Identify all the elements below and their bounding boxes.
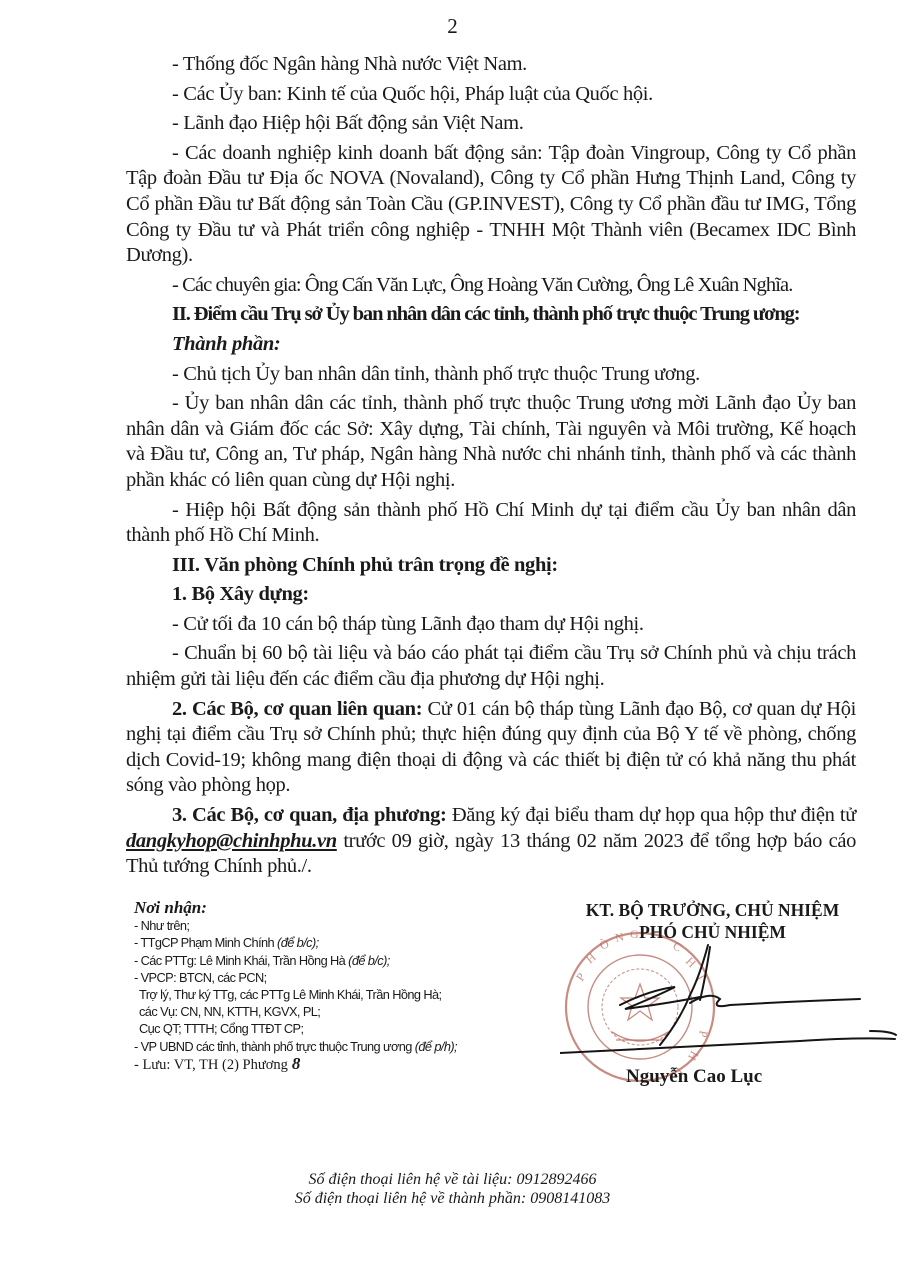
signature-block: KT. BỘ TRƯỞNG, CHỦ NHIỆM PHÓ CHỦ NHIỆM xyxy=(545,899,880,943)
recipient-text: - Các PTTg: Lê Minh Khái, Trần Hồng Hà xyxy=(134,953,348,968)
paragraph: 2. Các Bộ, cơ quan liên quan: Cử 01 cán … xyxy=(126,697,856,799)
recipient-note: (để p/h); xyxy=(415,1039,457,1054)
contact-info: Số điện thoại liên hệ về tài liệu: 09128… xyxy=(0,1170,905,1208)
signer-title-line1: KT. BỘ TRƯỞNG, CHỦ NHIỆM xyxy=(586,900,839,920)
paragraph: - Lãnh đạo Hiệp hội Bất động sản Việt Na… xyxy=(126,111,856,137)
recipient-note: (để b/c); xyxy=(348,953,390,968)
page-number: 2 xyxy=(0,14,905,39)
paragraph: - Các doanh nghiệp kinh doanh bất động s… xyxy=(126,141,856,269)
recipients-block: Nơi nhận: - Như trên; - TTgCP Phạm Minh … xyxy=(134,899,554,1074)
handwritten-initial: 8 xyxy=(292,1054,301,1073)
item-lead: 3. Các Bộ, cơ quan, địa phương: xyxy=(172,804,446,826)
section-heading-iii: III. Văn phòng Chính phủ trân trọng đề n… xyxy=(126,553,856,579)
paragraph: - Các chuyên gia: Ông Cấn Văn Lực, Ông H… xyxy=(126,273,856,299)
paragraph: 3. Các Bộ, cơ quan, địa phương: Đăng ký … xyxy=(126,803,856,880)
recipient-text: - Lưu: VT, TH (2) Phương xyxy=(134,1057,288,1073)
recipient-item: Cục QT; TTTH; Cổng TTĐT CP; xyxy=(134,1020,554,1037)
subheading-thanh-phan: Thành phần: xyxy=(126,332,856,358)
recipient-item: - Các PTTg: Lê Minh Khái, Trần Hồng Hà (… xyxy=(134,952,554,969)
recipient-item: - Lưu: VT, TH (2) Phương8 xyxy=(134,1055,554,1074)
paragraph: - Hiệp hội Bất động sản thành phố Hồ Chí… xyxy=(126,498,856,549)
subheading-bo-xay-dung: 1. Bộ Xây dựng: xyxy=(126,582,856,608)
recipient-note: (để b/c); xyxy=(277,935,319,950)
signer-title-line2: PHÓ CHỦ NHIỆM xyxy=(545,921,880,943)
contact-members-phone: Số điện thoại liên hệ về thành phần: 090… xyxy=(0,1189,905,1208)
paragraph: - Các Ủy ban: Kinh tế của Quốc hội, Pháp… xyxy=(126,82,856,108)
paragraph: - Chủ tịch Ủy ban nhân dân tỉnh, thành p… xyxy=(126,362,856,388)
recipient-item: các Vụ: CN, NN, KTTH, KGVX, PL; xyxy=(134,1003,554,1020)
recipients-title: Nơi nhận: xyxy=(134,899,554,916)
email-link[interactable]: dangkyhop@chinhphu.vn xyxy=(126,830,337,852)
recipient-text: - TTgCP Phạm Minh Chính xyxy=(134,935,277,950)
section-heading-ii: II. Điểm cầu Trụ sở Ủy ban nhân dân các … xyxy=(126,302,856,328)
signer-name: Nguyễn Cao Lục xyxy=(626,1066,762,1088)
item-lead: 2. Các Bộ, cơ quan liên quan: xyxy=(172,698,422,720)
recipient-item: - VP UBND các tỉnh, thành phố trực thuộc… xyxy=(134,1038,554,1055)
paragraph: - Cử tối đa 10 cán bộ tháp tùng Lãnh đạo… xyxy=(126,612,856,638)
paragraph: - Thống đốc Ngân hàng Nhà nước Việt Nam. xyxy=(126,52,856,78)
contact-docs-phone: Số điện thoại liên hệ về tài liệu: 09128… xyxy=(0,1170,905,1189)
recipient-text: - VP UBND các tỉnh, thành phố trực thuộc… xyxy=(134,1039,415,1054)
recipient-item: - Như trên; xyxy=(134,917,554,934)
recipient-item: - TTgCP Phạm Minh Chính (để b/c); xyxy=(134,934,554,951)
document-body: - Thống đốc Ngân hàng Nhà nước Việt Nam.… xyxy=(126,52,856,884)
paragraph: - Chuẩn bị 60 bộ tài liệu và báo cáo phá… xyxy=(126,641,856,692)
item-text: Đăng ký đại biểu tham dự họp qua hộp thư… xyxy=(446,804,856,826)
recipient-item: - VPCP: BTCN, các PCN; xyxy=(134,969,554,986)
recipient-item: Trợ lý, Thư ký TTg, các PTTg Lê Minh Khá… xyxy=(134,986,554,1003)
paragraph: - Ủy ban nhân dân các tỉnh, thành phố tr… xyxy=(126,391,856,493)
handwritten-signature-icon xyxy=(560,935,900,1055)
